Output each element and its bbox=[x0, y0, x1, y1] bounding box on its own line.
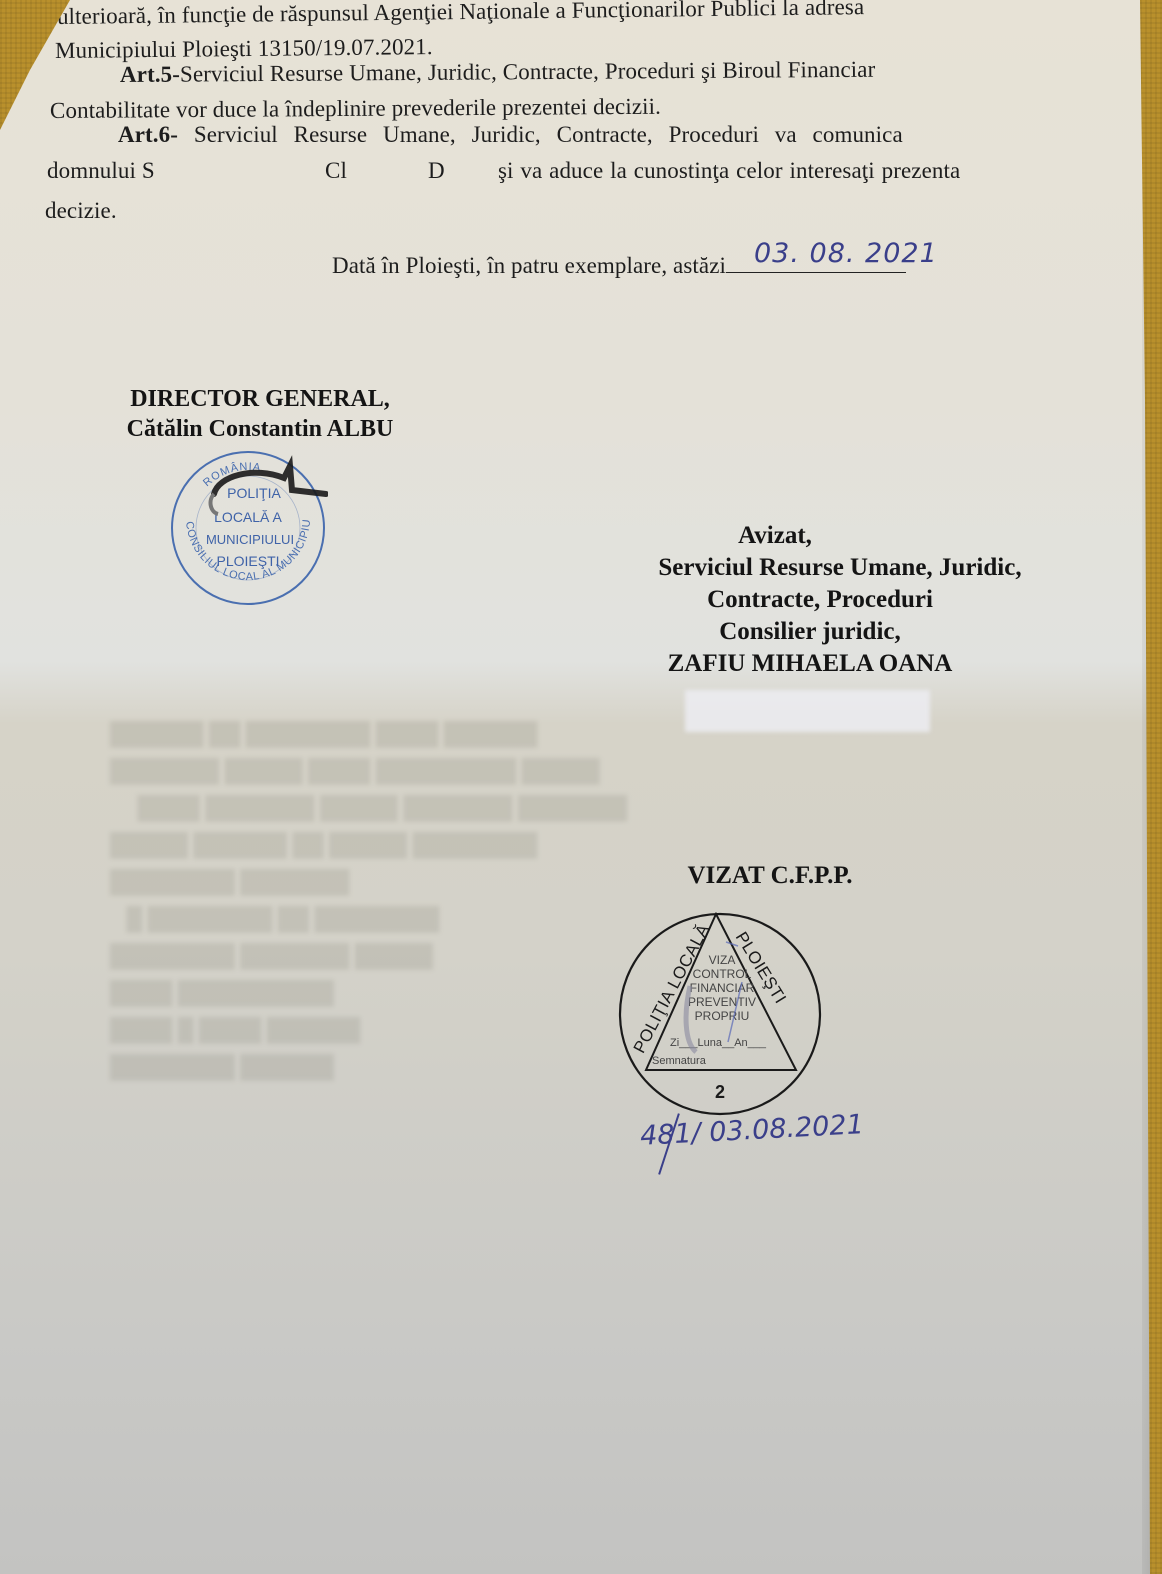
stamp-signature-label: Semnatura bbox=[652, 1055, 707, 1067]
handwritten-date: 03. 08. 2021 bbox=[754, 238, 938, 269]
article-6-line-3: decizie. bbox=[45, 198, 117, 224]
police-round-stamp: ROMÂNIA CONSILIUL LOCAL AL MUNICIPIULUI … bbox=[168, 448, 328, 608]
avizat-signature-block: Avizat, Serviciul Resurse Umane, Juridic… bbox=[620, 520, 1060, 680]
stamp-date-fields: Zi___Luna__An___ bbox=[670, 1037, 767, 1049]
date-underline: 03. 08. 2021 bbox=[726, 254, 906, 273]
stamp-number: 2 bbox=[715, 1082, 725, 1102]
stamp-inner-3: FINANCIAR bbox=[690, 981, 755, 995]
article-6: Art.6- Serviciul Resurse Umane, Juridic,… bbox=[118, 122, 903, 148]
redacted-signature bbox=[685, 690, 930, 732]
stamp-inner-4: PREVENTIV bbox=[688, 995, 756, 1009]
article-5-label: Art.5- bbox=[120, 62, 180, 87]
article-6-text: Serviciul Resurse Umane, Juridic, Contra… bbox=[194, 122, 903, 147]
cfpp-label: VIZAT C.F.P.P. bbox=[620, 862, 920, 890]
article-6-line-2: domnului S bbox=[47, 158, 155, 184]
stamp-inner-1: VIZA bbox=[709, 953, 736, 967]
avizat-dept-line-1: Serviciul Resurse Umane, Juridic, bbox=[620, 552, 1060, 584]
paragraph-line-1: ulterioară, în funcţie de răspunsul Agen… bbox=[57, 0, 865, 30]
stamp-inner-2: CONTROL bbox=[693, 967, 752, 981]
director-title: DIRECTOR GENERAL, bbox=[100, 384, 420, 414]
article-5: Art.5-Serviciul Resurse Umane, Juridic, … bbox=[120, 57, 875, 88]
article-6-line-2-rest: şi va aduce la cunostinţa celor interesa… bbox=[498, 158, 960, 184]
avizat-role: Consilier juridic, bbox=[620, 616, 1060, 648]
director-name: Cătălin Constantin ALBU bbox=[100, 414, 420, 444]
director-signature-block: DIRECTOR GENERAL, Cătălin Constantin ALB… bbox=[100, 384, 420, 444]
dated-label: Dată în Ploieşti, în patru exemplare, as… bbox=[332, 253, 726, 278]
avizat-dept-line-2: Contracte, Proceduri bbox=[620, 584, 1060, 616]
stamp-inner-line-1: POLIŢIA bbox=[227, 485, 281, 501]
cfpp-triangle-stamp: POLIŢIA LOCALĂ PLOIEŞTI VIZA CONTROL FIN… bbox=[618, 912, 822, 1116]
stamp-inner-line-4: PLOIEŞTI bbox=[216, 553, 279, 569]
bleed-through-text: ██████ ██ ████████ ████ ██████ ███████ █… bbox=[110, 715, 1120, 1085]
recipient-name-end: D bbox=[428, 158, 445, 184]
recipient-name-mid: Cl bbox=[325, 158, 347, 184]
recipient-name-start: domnului S bbox=[47, 158, 155, 183]
article-5-text: Serviciul Resurse Umane, Juridic, Contra… bbox=[180, 57, 875, 87]
avizat-label: Avizat, bbox=[620, 520, 1060, 552]
stamp-inner-line-2: LOCALĂ A bbox=[214, 509, 282, 525]
document-page: ██████ ██ ████████ ████ ██████ ███████ █… bbox=[0, 0, 1162, 1574]
stamp-inner-5: PROPRIU bbox=[695, 1009, 750, 1023]
article-6-label: Art.6- bbox=[118, 122, 178, 147]
dated-line: Dată în Ploieşti, în patru exemplare, as… bbox=[332, 253, 906, 279]
article-5-line-2: Contabilitate vor duce la îndeplinire pr… bbox=[50, 94, 661, 124]
avizat-name: ZAFIU MIHAELA OANA bbox=[620, 648, 1060, 680]
stamp-inner-line-3: MUNICIPIULUI bbox=[206, 532, 294, 547]
